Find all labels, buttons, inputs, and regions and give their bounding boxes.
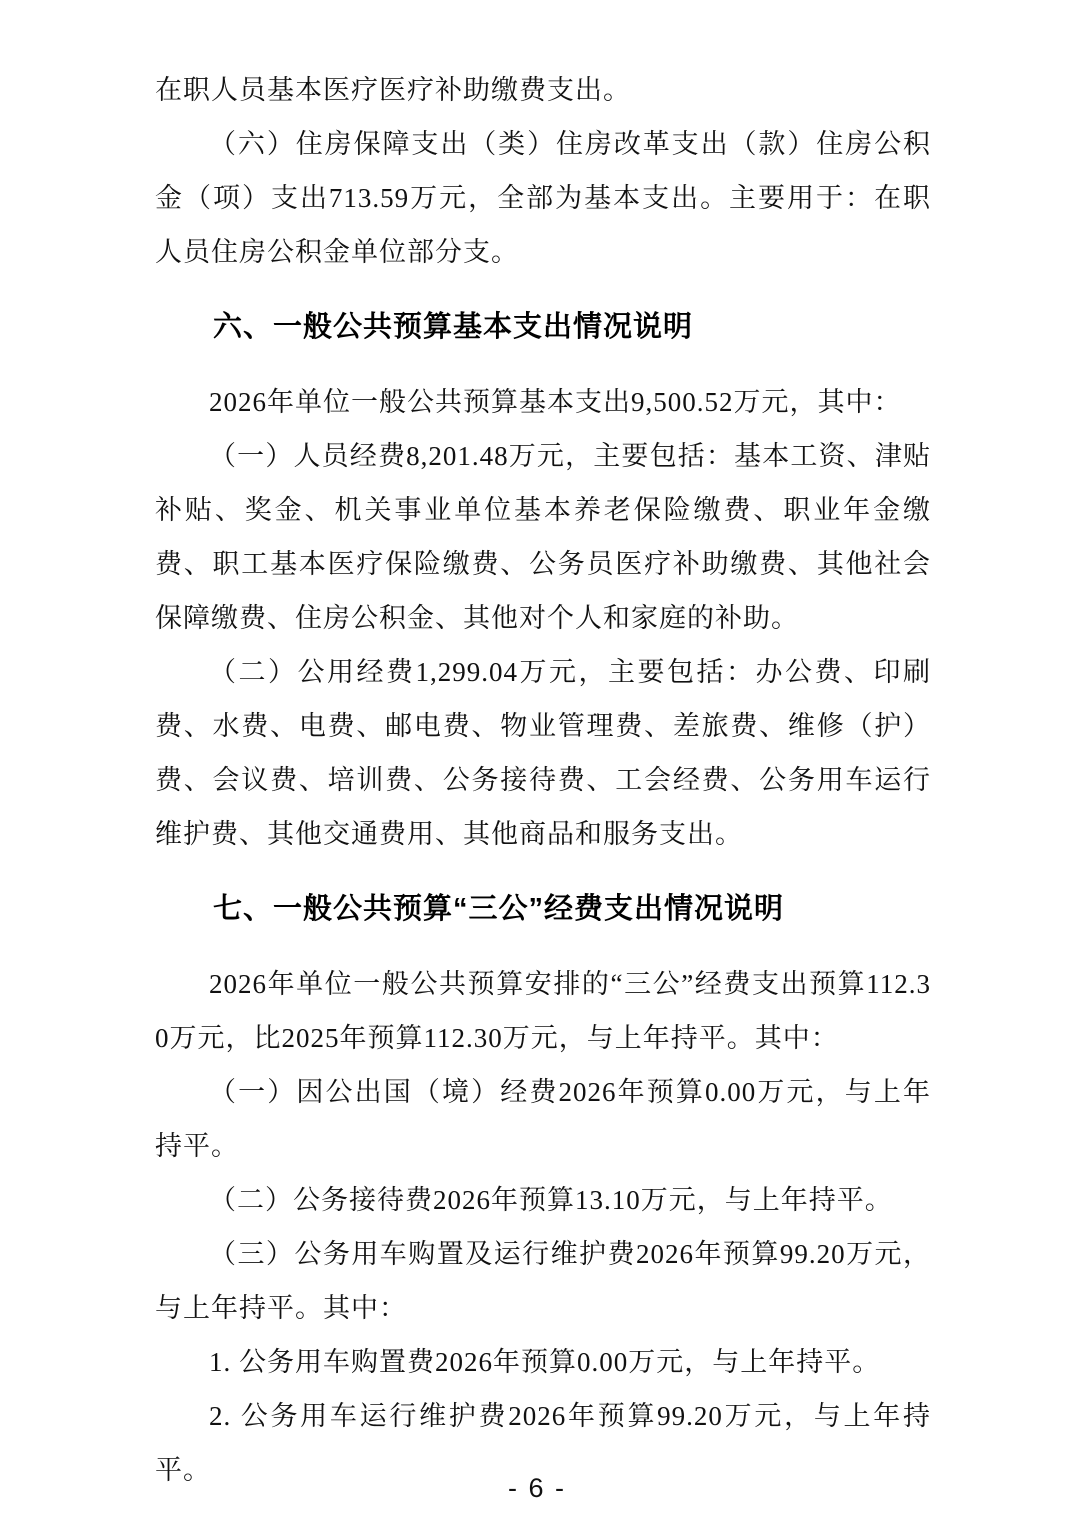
paragraph-personnel-funds: （一）人员经费8,201.48万元，主要包括：基本工资、津贴补贴、奖金、机关事业…: [155, 429, 931, 645]
paragraph-three-public-total: 2026年单位一般公共预算安排的“三公”经费支出预算112.30万元，比2025…: [155, 957, 931, 1065]
page-footer: - 6 -: [0, 1473, 1074, 1504]
paragraph-vehicle-purchase: 1. 公务用车购置费2026年预算0.00万元，与上年持平。: [155, 1335, 931, 1389]
section-heading-basic-expenditure: 六、一般公共预算基本支出情况说明: [155, 300, 931, 354]
paragraph-overseas-trips: （一）因公出国（境）经费2026年预算0.00万元，与上年持平。: [155, 1065, 931, 1173]
paragraph-official-vehicles: （三）公务用车购置及运行维护费2026年预算99.20万元，与上年持平。其中：: [155, 1227, 931, 1335]
paragraph-basic-expenditure-total: 2026年单位一般公共预算基本支出9,500.52万元，其中：: [155, 375, 931, 429]
paragraph-housing-expenditure: （六）住房保障支出（类）住房改革支出（款）住房公积金（项）支出713.59万元，…: [155, 117, 931, 279]
document-page: 在职人员基本医疗医疗补助缴费支出。 （六）住房保障支出（类）住房改革支出（款）住…: [0, 0, 1074, 1520]
page-number: - 6 -: [508, 1473, 566, 1503]
document-body: 在职人员基本医疗医疗补助缴费支出。 （六）住房保障支出（类）住房改革支出（款）住…: [155, 63, 931, 1497]
paragraph-official-reception: （二）公务接待费2026年预算13.10万元，与上年持平。: [155, 1173, 931, 1227]
paragraph-continuation: 在职人员基本医疗医疗补助缴费支出。: [155, 63, 931, 117]
section-heading-three-public-funds: 七、一般公共预算“三公”经费支出情况说明: [155, 882, 931, 936]
paragraph-public-funds: （二）公用经费1,299.04万元，主要包括：办公费、印刷费、水费、电费、邮电费…: [155, 645, 931, 861]
